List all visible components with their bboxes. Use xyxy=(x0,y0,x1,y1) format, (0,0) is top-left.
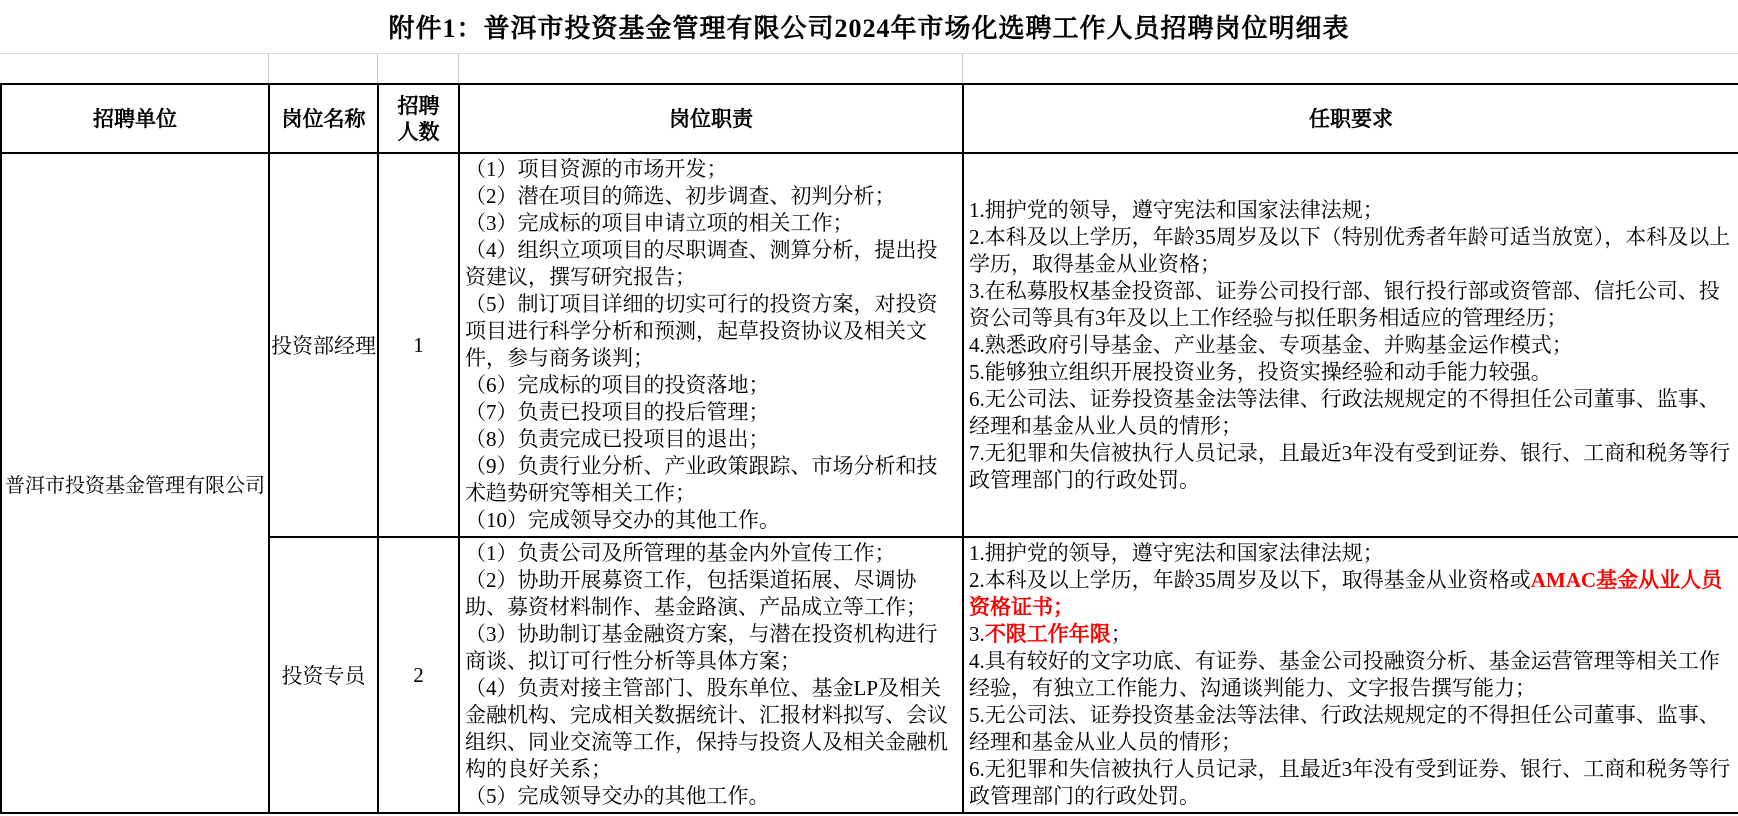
spacer-gridline xyxy=(377,54,378,84)
text-line: （2）潜在项目的筛选、初步调查、初判分析； xyxy=(465,183,958,210)
text-segment: 2.本科及以上学历，年龄35周岁及以下（特别优秀者年龄可适当放宽），本科及以上学… xyxy=(969,225,1730,276)
duties-cell: （1）项目资源的市场开发；（2）潜在项目的筛选、初步调查、初判分析；（3）完成标… xyxy=(459,153,963,537)
text-line: （5）完成领导交办的其他工作。 xyxy=(465,783,958,810)
text-line: （4）负责对接主管部门、股东单位、基金LP及相关金融机构、完成相关数据统计、汇报… xyxy=(465,675,958,783)
text-segment: 3.在私募股权基金投资部、证券公司投行部、银行投行部或资管部、信托公司、投资公司… xyxy=(969,279,1720,330)
text-segment: 6.无犯罪和失信被执行人员记录，且最近3年没有受到证券、银行、工商和税务等行政管… xyxy=(969,757,1730,808)
position-name-cell: 投资部经理 xyxy=(269,153,378,537)
text-segment: 3. xyxy=(969,622,985,646)
text-line: （10）完成领导交办的其他工作。 xyxy=(465,507,958,534)
duties-cell: （1）负责公司及所管理的基金内外宣传工作；（2）协助开展募资工作，包括渠道拓展、… xyxy=(459,537,963,813)
spacer-gridline xyxy=(962,54,963,84)
text-segment: 4.熟悉政府引导基金、产业基金、专项基金、并购基金运作模式； xyxy=(969,333,1573,357)
position-name-cell: 投资专员 xyxy=(269,537,378,813)
document-page: 附件1：普洱市投资基金管理有限公司2024年市场化选聘工作人员招聘岗位明细表 招… xyxy=(0,0,1738,816)
text-segment: 5.能够独立组织开展投资业务，投资实操经验和动手能力较强。 xyxy=(969,360,1552,384)
recruiting-unit-cell: 普洱市投资基金管理有限公司 xyxy=(1,153,269,813)
header-row: 招聘单位 岗位名称 招聘 人数 岗位职责 任职要求 xyxy=(1,84,1738,153)
text-segment: 5.无公司法、证券投资基金法等法律、行政法规规定的不得担任公司董事、监事、经理和… xyxy=(969,703,1720,754)
text-line: 5.无公司法、证券投资基金法等法律、行政法规规定的不得担任公司董事、监事、经理和… xyxy=(969,702,1734,756)
recruitment-table: 招聘单位 岗位名称 招聘 人数 岗位职责 任职要求 普洱市投资基金管理有限公司 … xyxy=(0,83,1738,814)
text-line: （1）负责公司及所管理的基金内外宣传工作； xyxy=(465,540,958,567)
text-segment: 2.本科及以上学历，年龄35周岁及以下，取得基金从业资格或 xyxy=(969,568,1531,592)
spacer-gridline xyxy=(458,54,459,84)
text-segment: ； xyxy=(1111,622,1132,646)
table-row-investment-manager: 普洱市投资基金管理有限公司 投资部经理 1 （1）项目资源的市场开发；（2）潜在… xyxy=(1,153,1738,537)
requirements-cell: 1.拥护党的领导，遵守宪法和国家法律法规；2.本科及以上学历，年龄35周岁及以下… xyxy=(963,153,1738,537)
text-line: 7.无犯罪和失信被执行人员记录，且最近3年没有受到证券、银行、工商和税务等行政管… xyxy=(969,440,1734,494)
text-line: （5）制订项目详细的切实可行的投资方案，对投资项目进行科学分析和预测，起草投资协… xyxy=(465,291,958,372)
highlighted-text: 不限工作年限 xyxy=(985,622,1111,646)
text-line: 4.具有较好的文字功底、有证券、基金公司投融资分析、基金运营管理等相关工作经验，… xyxy=(969,648,1734,702)
text-segment: 1.拥护党的领导，遵守宪法和国家法律法规； xyxy=(969,541,1384,565)
text-line: 1.拥护党的领导，遵守宪法和国家法律法规； xyxy=(969,197,1734,224)
text-line: 5.能够独立组织开展投资业务，投资实操经验和动手能力较强。 xyxy=(969,359,1734,386)
text-line: （3）完成标的项目申请立项的相关工作； xyxy=(465,210,958,237)
text-line: （9）负责行业分析、产业政策跟踪、市场分析和技术趋势研究等相关工作； xyxy=(465,453,958,507)
text-line: （7）负责已投项目的投后管理； xyxy=(465,399,958,426)
text-segment: 4.具有较好的文字功底、有证券、基金公司投融资分析、基金运营管理等相关工作经验，… xyxy=(969,649,1720,700)
text-segment: 7.无犯罪和失信被执行人员记录，且最近3年没有受到证券、银行、工商和税务等行政管… xyxy=(969,441,1730,492)
text-line: 6.无公司法、证券投资基金法等法律、行政法规规定的不得担任公司董事、监事、经理和… xyxy=(969,386,1734,440)
header-headcount: 招聘 人数 xyxy=(378,84,459,153)
text-segment: 6.无公司法、证券投资基金法等法律、行政法规规定的不得担任公司董事、监事、经理和… xyxy=(969,387,1720,438)
text-line: 6.无犯罪和失信被执行人员记录，且最近3年没有受到证券、银行、工商和税务等行政管… xyxy=(969,756,1734,810)
headcount-cell: 2 xyxy=(378,537,459,813)
text-line: （8）负责完成已投项目的退出； xyxy=(465,426,958,453)
spacer-gridline xyxy=(268,54,269,84)
text-segment: 1.拥护党的领导，遵守宪法和国家法律法规； xyxy=(969,198,1384,222)
text-line: （3）协助制订基金融资方案，与潜在投资机构进行商谈、拟订可行性分析等具体方案； xyxy=(465,621,958,675)
text-line: （4）组织立项项目的尽职调查、测算分析，提出投资建议，撰写研究报告； xyxy=(465,237,958,291)
text-line: 3.不限工作年限； xyxy=(969,621,1734,648)
text-line: 2.本科及以上学历，年龄35周岁及以下（特别优秀者年龄可适当放宽），本科及以上学… xyxy=(969,224,1734,278)
requirements-cell: 1.拥护党的领导，遵守宪法和国家法律法规；2.本科及以上学历，年龄35周岁及以下… xyxy=(963,537,1738,813)
header-duties: 岗位职责 xyxy=(459,84,963,153)
header-requirements: 任职要求 xyxy=(963,84,1738,153)
text-line: （6）完成标的项目的投资落地； xyxy=(465,372,958,399)
header-recruiting-unit: 招聘单位 xyxy=(1,84,269,153)
spacer-row xyxy=(0,53,1738,83)
text-line: 4.熟悉政府引导基金、产业基金、专项基金、并购基金运作模式； xyxy=(969,332,1734,359)
text-line: （2）协助开展募资工作，包括渠道拓展、尽调协助、募资材料制作、基金路演、产品成立… xyxy=(465,567,958,621)
text-line: 1.拥护党的领导，遵守宪法和国家法律法规； xyxy=(969,540,1734,567)
text-line: （1）项目资源的市场开发； xyxy=(465,156,958,183)
header-position-name: 岗位名称 xyxy=(269,84,378,153)
text-line: 3.在私募股权基金投资部、证券公司投行部、银行投行部或资管部、信托公司、投资公司… xyxy=(969,278,1734,332)
headcount-cell: 1 xyxy=(378,153,459,537)
text-line: 2.本科及以上学历，年龄35周岁及以下，取得基金从业资格或AMAC基金从业人员资… xyxy=(969,567,1734,621)
attachment-title: 附件1：普洱市投资基金管理有限公司2024年市场化选聘工作人员招聘岗位明细表 xyxy=(0,0,1738,53)
